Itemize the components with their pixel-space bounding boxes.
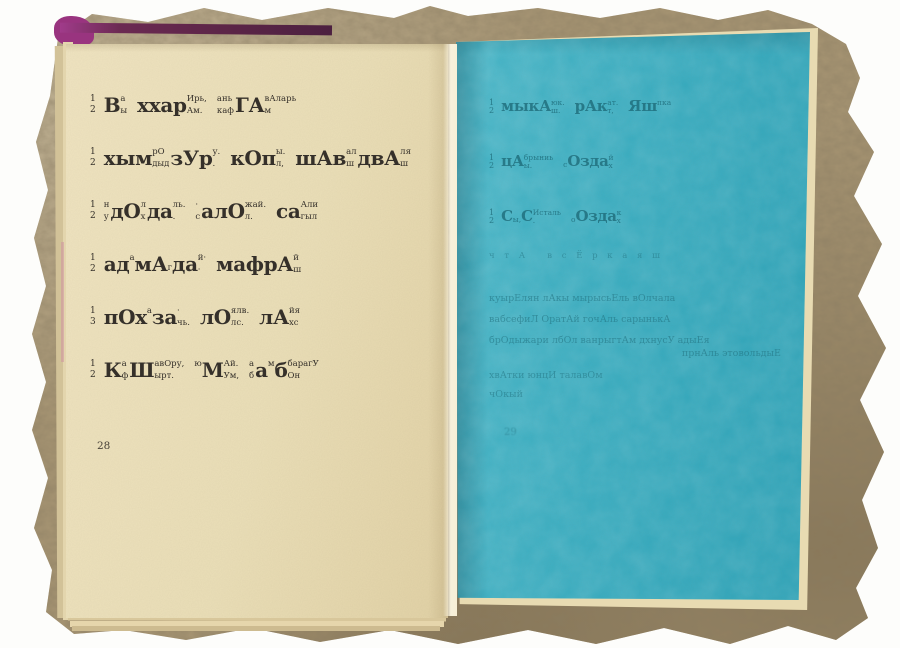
poem-stack: й··	[198, 254, 206, 274]
poem-stack-top: ялв.	[231, 307, 249, 316]
poem-stack: Ай.Ум,	[224, 360, 239, 380]
poem-stack-bottom: ш	[400, 160, 411, 169]
poem-stack-bottom: каф	[217, 107, 234, 116]
poem-stack: ы.л,	[276, 148, 285, 168]
poem-stack-bottom: чь.	[177, 319, 190, 328]
poem-stack-bottom: л.	[245, 213, 266, 222]
poem-stack: ·чь.	[177, 307, 190, 327]
line-number-bottom: 3	[90, 318, 96, 327]
line-numbers: 12	[489, 99, 494, 114]
poem-stack-bottom: ф	[122, 372, 129, 381]
poem-word-big: дО	[110, 200, 140, 222]
poem-word-big: ххар	[137, 94, 187, 116]
line-numbers: 13	[90, 307, 96, 327]
spaced-line: ч т А в с Ё р к а я ш	[489, 251, 664, 261]
poem-stack-top: барагУ	[288, 360, 319, 369]
poem-word-big: К	[104, 359, 122, 381]
line-number-bottom: 2	[489, 217, 494, 225]
poem-stack: рОдыд	[152, 148, 169, 168]
poem-stack-top: йя	[289, 307, 300, 316]
poem-stack-bottom: ырт.	[154, 372, 184, 381]
poem-word-big: ад	[104, 253, 130, 275]
poem-stack-top: ль.	[173, 201, 186, 210]
poem-stack: ·с	[195, 201, 200, 221]
poem-stack-bottom: Ум,	[224, 372, 239, 381]
poem-stack-top: ·	[177, 307, 190, 316]
poem-stack-bottom: хс	[289, 319, 300, 328]
book-scan: 12ВаыххарИрь,Ам.анькафГАвАларьм12хымрОды…	[0, 0, 900, 648]
poem-stack: авОру,ырт.	[154, 360, 184, 380]
poem-stack-top: а	[249, 360, 254, 369]
poem-stack-bottom: лс.	[231, 319, 249, 328]
poem-stack: алш	[346, 148, 356, 168]
poem-line: 12Сы,СИсталь.оОздакх	[489, 208, 622, 225]
poem-stack: лх	[141, 201, 146, 221]
poem-stack-top: й·	[198, 254, 206, 263]
poem-word-big: хым	[104, 147, 152, 169]
footer-line: чОкый	[489, 389, 523, 400]
poem-stack: йяхс	[289, 307, 300, 327]
poem-stack-top: вАларь	[264, 95, 296, 104]
poem-word-big: С	[521, 208, 533, 225]
poem-stack-top: Исталь	[533, 209, 561, 217]
poem-word-big: ГА	[235, 94, 265, 116]
poem-stack-bottom: л,	[276, 160, 285, 169]
poem-stack-bottom: гыл	[301, 213, 319, 222]
poem-stack-bottom: ш.	[551, 107, 565, 115]
poem-stack-top: авОру,	[154, 360, 184, 369]
poem-word-big: лО	[200, 306, 231, 328]
line-number-bottom: 2	[90, 371, 96, 380]
poem-word-big: двА	[358, 147, 401, 169]
line-number-top: 1	[90, 95, 96, 104]
right-paragraph: куырЕлян лАкы мырысьЕль вОлчала вабсефиЛ…	[489, 288, 789, 351]
poem-stack-bottom: .	[213, 160, 221, 169]
poem-stack-bottom: ·	[198, 266, 206, 275]
line-number-bottom: 2	[90, 265, 96, 274]
poem-word-big: мыкА	[501, 98, 551, 115]
poem-superscript: м	[268, 360, 275, 369]
poem-stack: йх	[609, 154, 614, 169]
poem-stack: анькаф	[217, 95, 234, 115]
line-number-bottom: 2	[489, 162, 494, 170]
poem-stack: ялв.лс.	[231, 307, 249, 327]
paragraph-line: куырЕлян лАкы мырысьЕль вОлчала	[489, 288, 789, 309]
poem-stack-top: рО	[152, 148, 169, 157]
poem-stack-top: Ай.	[224, 360, 239, 369]
poem-line: 12КафШавОру,ырт.юМАй.Ум,абамббарагУОн	[90, 359, 435, 381]
line-numbers: 12	[90, 201, 96, 221]
poem-word-big: алО	[201, 200, 245, 222]
line-numbers: 12	[90, 360, 96, 380]
poem-word-big: М	[202, 359, 224, 381]
poem-word-big: зУр	[170, 147, 212, 169]
poem-stack: пка	[657, 99, 671, 114]
poem-word-big: б	[274, 359, 287, 381]
poem-word-big: кОп	[230, 147, 276, 169]
poem-stack: аб	[249, 360, 254, 380]
poem-line: 12нудОлхдаль..·салОжай.л.саАлигыл	[90, 200, 435, 222]
pink-page-edge	[61, 242, 64, 362]
poem-stack: барагУОн	[288, 360, 319, 380]
poem-stack-bottom: у	[104, 213, 110, 222]
poem-stack-bottom: Ам.	[187, 107, 207, 116]
poem-word-big: В	[104, 94, 121, 116]
line-number-top: 1	[90, 307, 96, 316]
poem-line: 12мыкАюк.ш.рАкат.т,Яшпка	[489, 98, 672, 115]
poem-stack: вАларьм	[264, 95, 296, 115]
poem-stack-top: л	[141, 201, 146, 210]
paragraph-right-line: прнАль этовольдыЕ	[489, 348, 781, 359]
poem-word-big: С	[501, 208, 513, 225]
line-number-top: 1	[90, 360, 96, 369]
line-number-top: 1	[90, 254, 96, 263]
poem-stack-top: Али	[301, 201, 319, 210]
poem-stack-top: ал	[346, 148, 356, 157]
poem-word-big: Ш	[129, 359, 154, 381]
poem-word-big: рАк	[575, 98, 608, 115]
poem-superscript: ю	[194, 360, 201, 369]
poem-stack-top: й	[293, 254, 301, 263]
line-numbers: 12	[489, 209, 494, 224]
poem-stack-bottom: х	[141, 213, 146, 222]
poem-stack-bottom: дыд	[152, 160, 169, 169]
poem-stack-bottom: .	[533, 217, 561, 225]
line-number-bottom: 2	[90, 106, 96, 115]
poem-line: 12хымрОдыдзУру..кОпы.л,шАвалшдвАляш	[90, 147, 435, 169]
poem-stack: ляш	[400, 148, 411, 168]
poem-line: 13пОхаза·чь.лОялв.лс.лАйяхс	[90, 306, 435, 328]
poem-stack: жай.л.	[245, 201, 266, 221]
poem-stack: аы	[120, 95, 127, 115]
line-number-bottom: 2	[90, 212, 96, 221]
poem-stack: Исталь.	[533, 209, 561, 224]
poem-line: 12цАбрыниьы.сОздайх	[489, 153, 615, 170]
poem-stack: брыниьы.	[524, 154, 553, 169]
poem-stack-bottom: ш	[346, 160, 356, 169]
poem-stack: у..	[213, 148, 221, 168]
poem-word-big: а	[255, 359, 268, 381]
poem-stack-top: Ирь,	[187, 95, 207, 104]
poem-stack: йш	[293, 254, 301, 274]
poem-subscript: ы,	[513, 216, 521, 224]
poem-stack-top: ань	[217, 95, 234, 104]
poem-stack: ат.т,	[607, 99, 618, 114]
poem-word-big: мА	[135, 253, 168, 275]
poem-stack: кх	[617, 209, 622, 224]
poem-stack-top: у.	[213, 148, 221, 157]
poem-word-big: лА	[259, 306, 289, 328]
poem-line: 12ВаыххарИрь,Ам.анькафГАвАларьм	[90, 94, 435, 116]
poem-word-big: Озда	[575, 208, 616, 225]
poem-word-big: да	[147, 200, 173, 222]
poem-stack-top: жай.	[245, 201, 266, 210]
poem-word-big: цА	[501, 153, 524, 170]
poem-stack-bottom: .	[173, 213, 186, 222]
poem-stack-bottom: м	[264, 107, 296, 116]
poem-stack-bottom: Он	[288, 372, 319, 381]
poem-word-big: Озда	[567, 153, 608, 170]
bottom-page-edge	[72, 626, 440, 631]
page-number-right: 29	[504, 427, 517, 438]
line-numbers: 12	[90, 148, 96, 168]
poem-stack: аф	[122, 360, 129, 380]
line-number-bottom: 2	[489, 107, 494, 115]
gutter-page-edge	[443, 44, 457, 616]
line-numbers: 12	[489, 154, 494, 169]
poem-word-big: шАв	[295, 147, 346, 169]
poem-stack-top: ы.	[276, 148, 285, 157]
poem-word-big: пОх	[104, 306, 147, 328]
poem-stack-bottom: ы	[120, 107, 127, 116]
poem-stack-top: пка	[657, 99, 671, 107]
poem-stack-top: ля	[400, 148, 411, 157]
line-number-top: 1	[90, 201, 96, 210]
footer-line: хвАтки юнцИ талавОм	[489, 370, 603, 381]
poem-stack-bottom: ш	[293, 266, 301, 275]
poem-stack-bottom: с	[195, 213, 200, 222]
poem-word-big: са	[276, 200, 301, 222]
poem-word-big: Яш	[628, 98, 657, 115]
poem-stack-top: а	[120, 95, 127, 104]
line-number-bottom: 2	[90, 159, 96, 168]
line-numbers: 12	[90, 95, 96, 115]
poem-word-big: да	[172, 253, 198, 275]
poem-stack: Алигыл	[301, 201, 319, 221]
poem-word-big: мафрА	[216, 253, 293, 275]
poem-stack: ль..	[173, 201, 186, 221]
line-numbers: 12	[90, 254, 96, 274]
poem-stack: юк.ш.	[551, 99, 565, 114]
poem-stack: ну	[104, 201, 110, 221]
page-number-left: 28	[97, 440, 110, 452]
poem-stack-bottom: х	[617, 217, 622, 225]
poem-stack-top: ·	[195, 201, 200, 210]
poem-stack: Ирь,Ам.	[187, 95, 207, 115]
poem-line: 12адамАгдай··мафрАйш	[90, 253, 435, 275]
line-number-top: 1	[90, 148, 96, 157]
poem-stack-bottom: т,	[607, 107, 618, 115]
poem-stack-top: а	[122, 360, 129, 369]
poem-stack-bottom: б	[249, 372, 254, 381]
left-poem: 12ВаыххарИрь,Ам.анькафГАвАларьм12хымрОды…	[90, 94, 435, 412]
poem-stack-bottom: х	[609, 162, 614, 170]
poem-word-big: за	[152, 306, 177, 328]
poem-stack-top: н	[104, 201, 110, 210]
poem-stack-bottom: ы.	[524, 162, 553, 170]
paragraph-line: вабсефиЛ ОратАй гочАль сарынькА	[489, 309, 789, 330]
